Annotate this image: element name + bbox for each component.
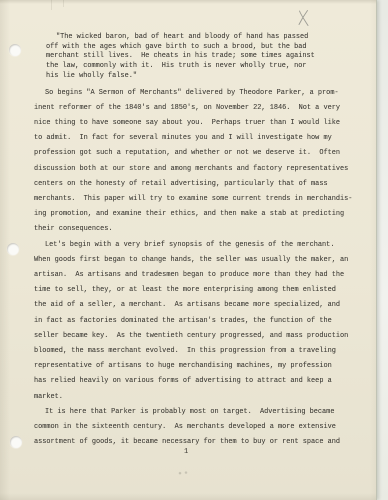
text-line: It is here that Parker is probably most … (34, 405, 360, 420)
text-line: the law, commonly with it. His truth is … (46, 62, 360, 72)
block-quote: "The wicked baron, bad of heart and bloo… (46, 33, 360, 82)
text-line: seller became key. As the twentieth cent… (34, 329, 360, 344)
text-line: discussion both at our store and among m… (34, 162, 360, 177)
text-line: So begins "A Sermon of Merchants" delive… (34, 86, 360, 101)
text-line: "The wicked baron, bad of heart and bloo… (46, 33, 360, 43)
text-line: has relied heavily on various forms of a… (34, 374, 360, 389)
text-line: market. (34, 390, 360, 405)
text-line: bloomed, the mass merchant evolved. In t… (34, 344, 360, 359)
text-line: merchants. This paper will try to examin… (34, 192, 360, 207)
paper-crease (51, 0, 52, 10)
text-line: profession got such a reputation, and wh… (34, 146, 360, 161)
text-line: to admit. In fact for several minutes yo… (34, 131, 360, 146)
paragraph: It is here that Parker is probably most … (34, 405, 360, 451)
text-line: ing promotion, and examine their ethics,… (34, 207, 360, 222)
text-line: Let's begin with a very brief synopsis o… (34, 238, 360, 253)
punch-hole-bottom (10, 436, 22, 448)
punch-hole-top (9, 44, 21, 56)
text-line: their consequences. (34, 222, 360, 237)
text-line: in fact as factories dominated the artis… (34, 314, 360, 329)
text-line: representative of artisans to huge merch… (34, 359, 360, 374)
typed-text-body: "The wicked baron, bad of heart and bloo… (34, 33, 360, 450)
text-line: time to sell, they, or at least the more… (34, 283, 360, 298)
text-line: merchant still lives. He cheats in his t… (46, 52, 360, 62)
pencil-x-mark (296, 9, 311, 28)
text-line: artisan. As artisans and tradesmen began… (34, 268, 360, 283)
text-line: the aid of a seller, a merchant. As arti… (34, 298, 360, 313)
text-line: common in the sixteenth century. As merc… (34, 420, 360, 435)
text-line: When goods first began to change hands, … (34, 253, 360, 268)
text-line: his lie wholly false." (46, 72, 360, 82)
paragraph: Let's begin with a very brief synopsis o… (34, 238, 360, 405)
text-line: off with the ages which gave birth to su… (46, 43, 360, 53)
scan-background: "The wicked baron, bad of heart and bloo… (0, 0, 388, 500)
paper-sheet: "The wicked baron, bad of heart and bloo… (0, 0, 377, 500)
page-number: 1 (184, 448, 188, 456)
text-line: inent reformer of the 1840's and 1850's,… (34, 101, 360, 116)
paper-crease (63, 0, 64, 7)
text-line: assortment of goods, it became necessary… (34, 435, 360, 450)
paragraph: So begins "A Sermon of Merchants" delive… (34, 86, 360, 238)
text-line: nice thing to have someone say about you… (34, 116, 360, 131)
text-line: centers on the honesty of retail adverti… (34, 177, 360, 192)
smudge-mark (177, 471, 189, 475)
punch-hole-middle (7, 243, 19, 255)
